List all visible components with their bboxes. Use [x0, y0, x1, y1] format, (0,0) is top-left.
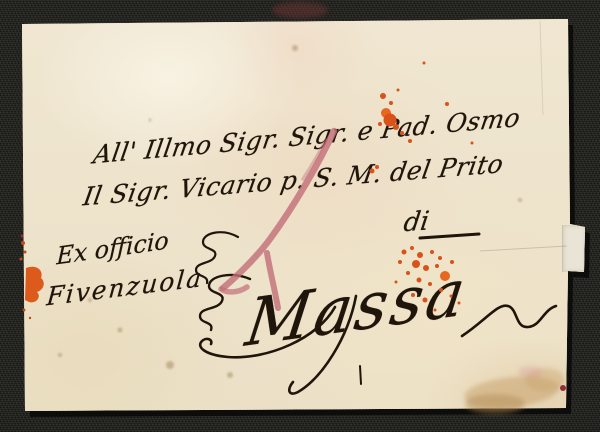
paper-edge-shading: [0, 0, 600, 432]
address-preposition-di: di: [402, 206, 431, 238]
folded-letter: All' Illmo Sigr. Sigr. e Pad. Osmo Il Si…: [0, 0, 600, 432]
fabric-red-tinge: [272, 2, 328, 18]
photo-background: All' Illmo Sigr. Sigr. e Pad. Osmo Il Si…: [0, 0, 600, 432]
